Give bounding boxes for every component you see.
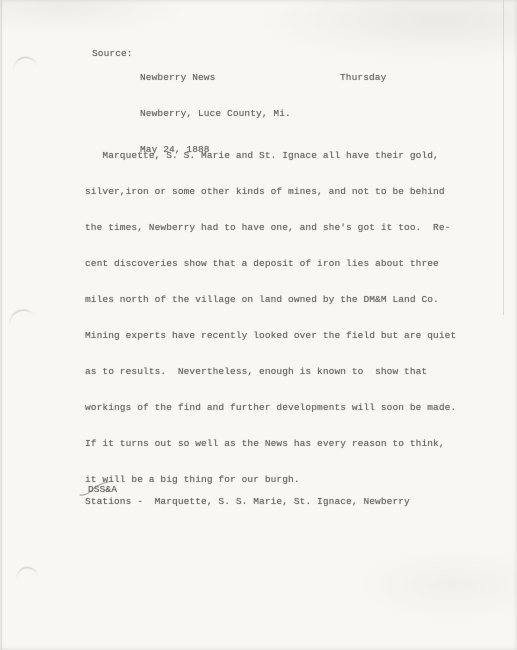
article-line: If it turns out so well as the News has … xyxy=(85,438,456,450)
article-line: cent discoveries show that a deposit of … xyxy=(85,258,456,270)
source-location: Newberry, Luce County, Mi. xyxy=(140,108,291,120)
railroad-abbrev: DSS&A xyxy=(88,484,117,496)
paper-edge-line xyxy=(503,0,504,315)
source-label: Source: xyxy=(92,48,133,60)
article-body: Marquette, S. S. Marie and St. Ignace al… xyxy=(85,126,456,510)
scanned-page: Source: Newberry News Newberry, Luce Cou… xyxy=(0,0,517,650)
article-line: miles north of the village on land owned… xyxy=(85,294,456,306)
paper-edge-line xyxy=(1,0,2,650)
pencil-mark-icon xyxy=(12,56,37,70)
article-line: Marquette, S. S. Marie and St. Ignace al… xyxy=(85,150,456,162)
pencil-mark-icon xyxy=(16,566,39,580)
article-line: it will be a big thing for our burgh. xyxy=(85,474,456,486)
article-line: silver,iron or some other kinds of mines… xyxy=(85,186,456,198)
article-line: workings of the find and further develop… xyxy=(85,402,456,414)
stations-line: Stations - Marquette, S. S. Marie, St. I… xyxy=(85,496,410,508)
pencil-mark-icon xyxy=(7,306,35,325)
weekday-label: Thursday xyxy=(340,72,386,84)
article-line: as to results. Nevertheless, enough is k… xyxy=(85,366,456,378)
article-line: Mining experts have recently looked over… xyxy=(85,330,456,342)
source-publication: Newberry News xyxy=(140,72,291,84)
article-line: the times, Newberry had to have one, and… xyxy=(85,222,456,234)
